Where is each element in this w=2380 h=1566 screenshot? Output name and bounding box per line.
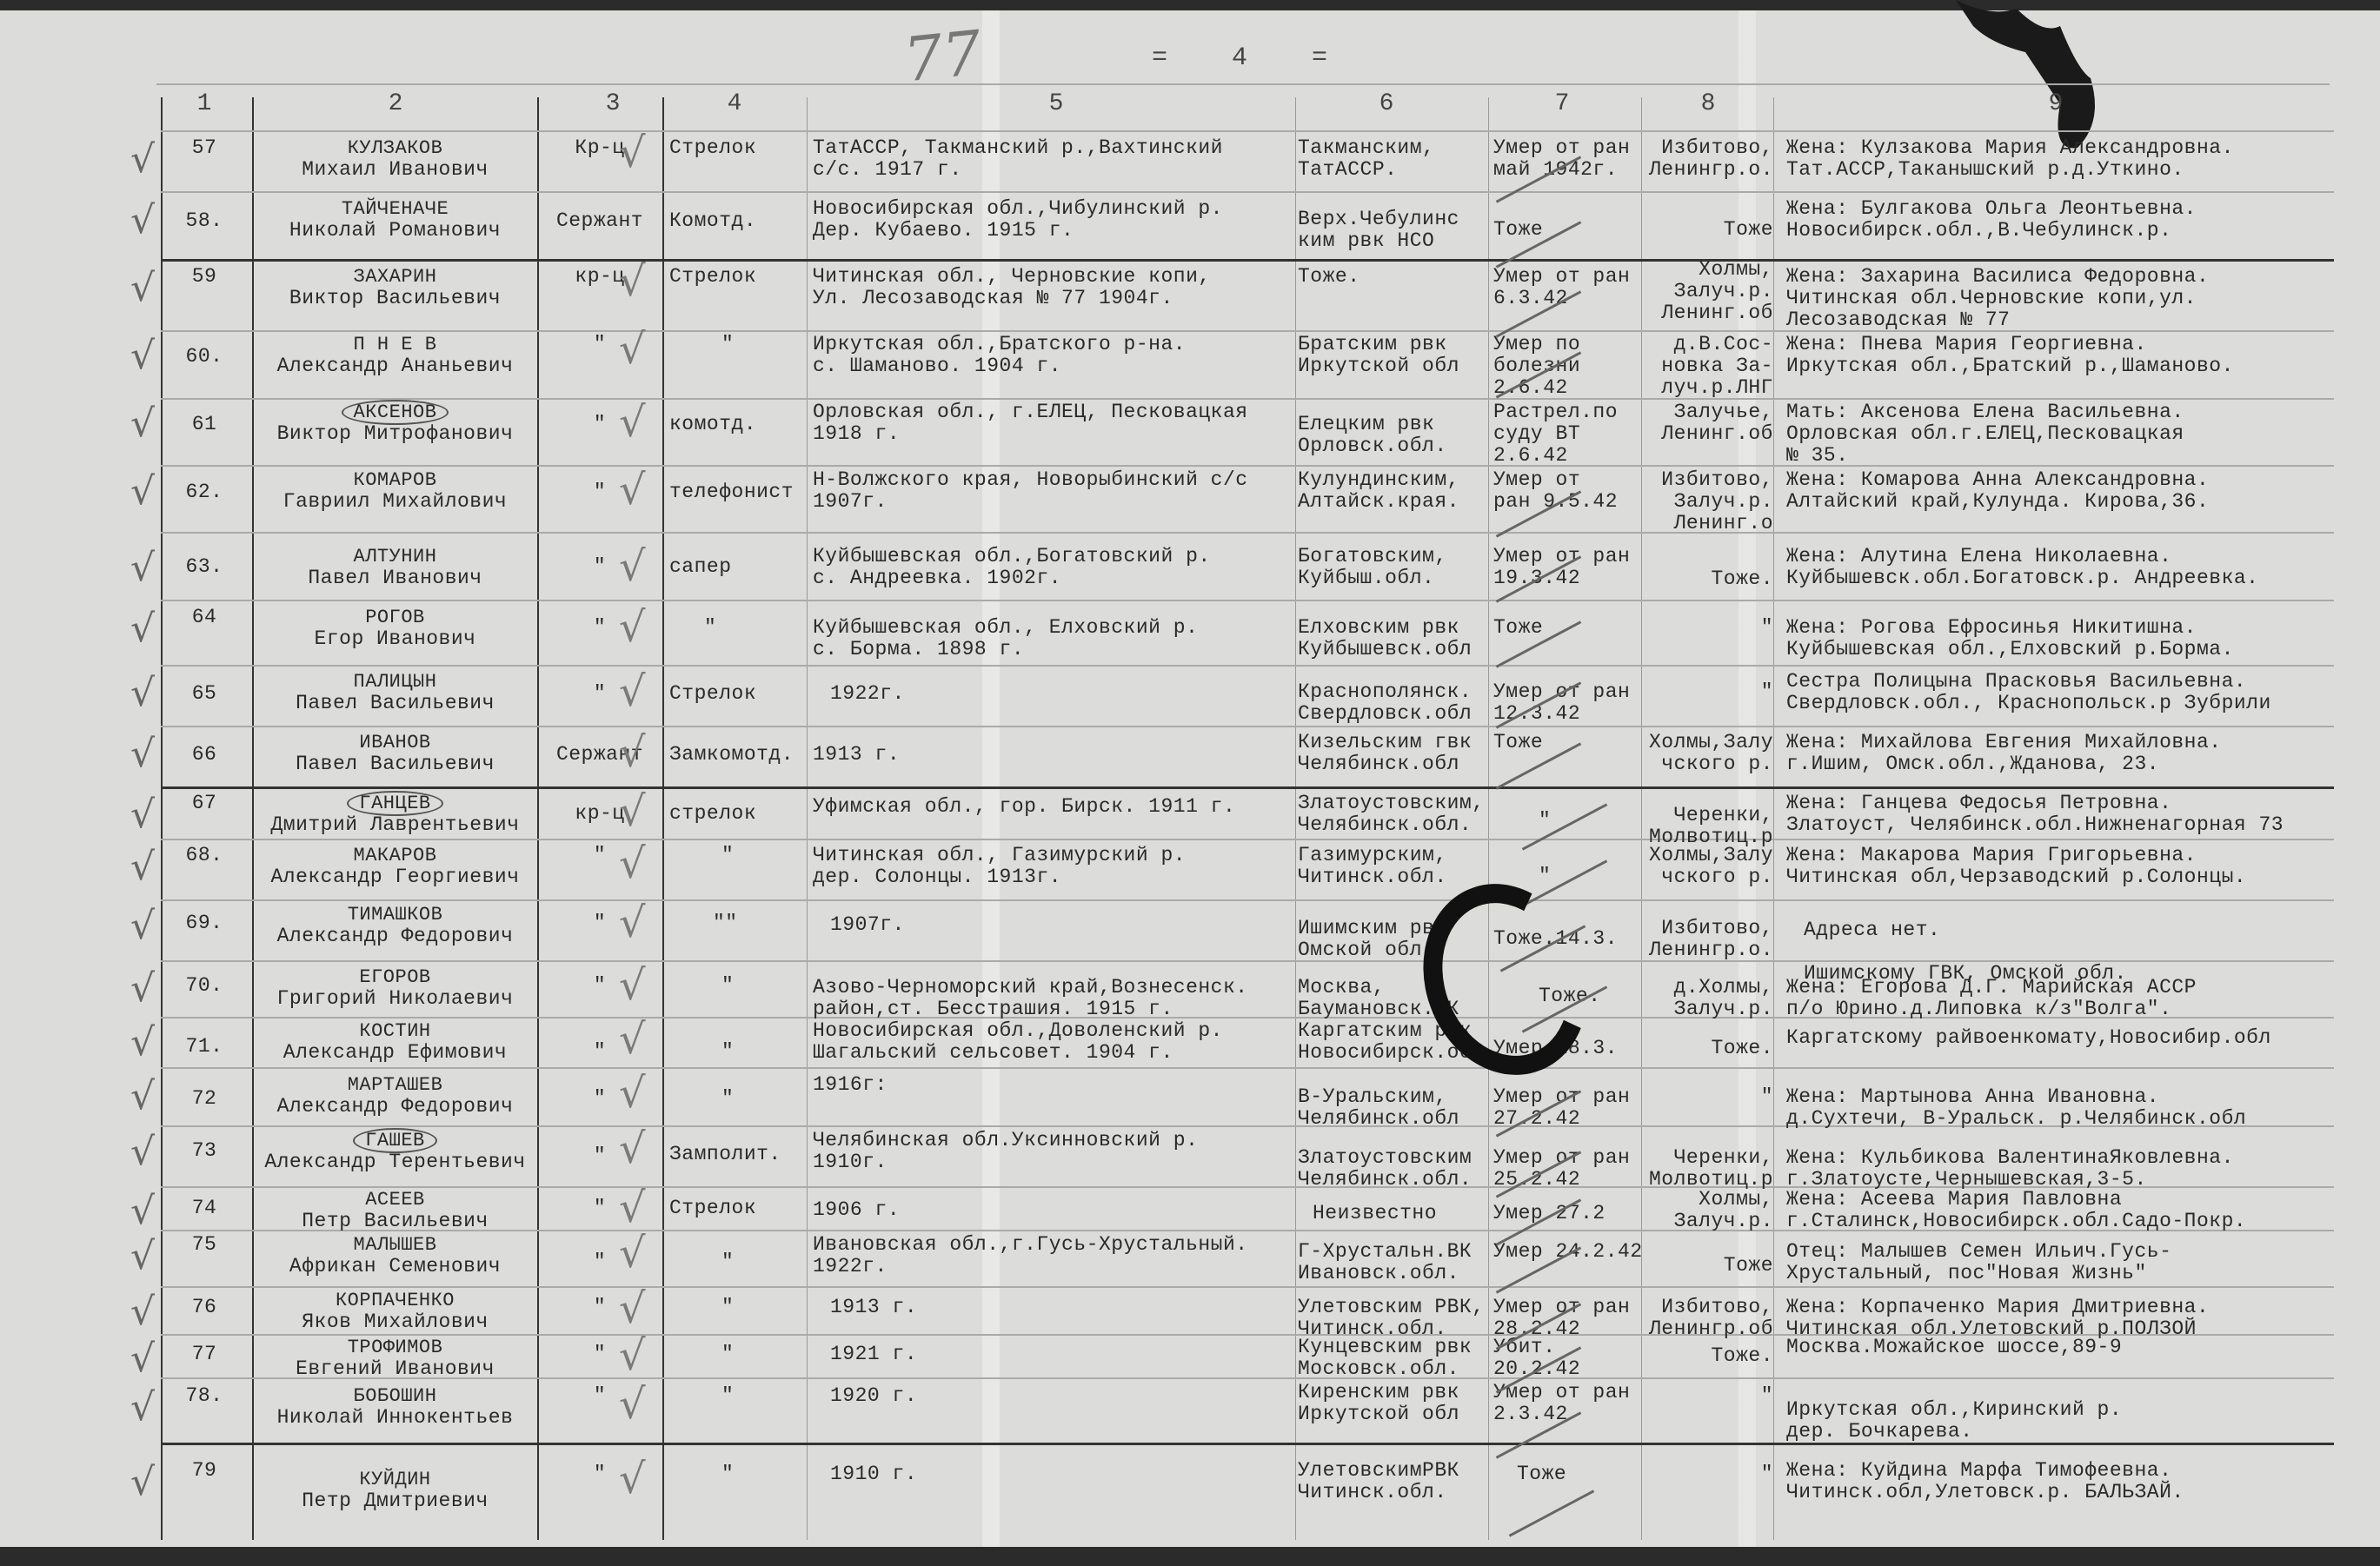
draft-office: В-Уральским, Челябинск.обл <box>1298 1086 1489 1130</box>
checkmark-icon: √ <box>619 899 646 947</box>
checkmark-icon: √ <box>130 607 155 651</box>
given-name: Григорий Николаевич <box>277 987 514 1010</box>
birthplace-year: Куйбышевская обл.,Богатовский р. с. Андр… <box>813 546 1291 589</box>
next-of-kin: Жена: Егорова Д.Г. Марийская АССР п/о Юр… <box>1786 977 2343 1020</box>
row-number: 68. <box>170 845 239 866</box>
full-name: МАРТАШЕВАлександр Федорович <box>254 1074 536 1118</box>
birthplace-year: Челябинская обл.Уксинновский р. 1910г. <box>813 1130 1291 1173</box>
surname: ИВАНОВ <box>254 732 536 753</box>
row-divider <box>161 191 2334 193</box>
burial-place: " <box>1643 681 1773 703</box>
surname: ГАШЕВ <box>353 1128 437 1153</box>
position: телефонист <box>669 481 808 503</box>
draft-office: УлетовскимРВК Читинск.обл. <box>1298 1460 1489 1503</box>
row-number: 62. <box>170 481 239 503</box>
burial-place: Холмы,Залу чского р. <box>1643 732 1773 775</box>
checkmark-icon: √ <box>619 1331 646 1380</box>
checkmark-icon: √ <box>130 966 155 1011</box>
checkmark-icon: √ <box>619 542 646 591</box>
given-name: Африкан Семенович <box>289 1255 501 1277</box>
surname: АКСЕНОВ <box>342 400 449 425</box>
row-divider <box>161 899 2334 901</box>
row-number: 70. <box>170 975 239 997</box>
full-name: КУЛЗАКОВМихаил Иванович <box>254 137 536 181</box>
burial-place: Холмы, Залуч.р. <box>1643 1189 1773 1232</box>
checkmark-icon: √ <box>130 671 155 715</box>
draft-office: Такманским, ТатАССР. <box>1298 137 1489 181</box>
row-number: 67 <box>170 793 239 814</box>
row-number: 69. <box>170 912 239 934</box>
row-number: 65 <box>170 683 239 705</box>
row-divider <box>161 665 2334 667</box>
checkmark-icon: √ <box>130 469 155 514</box>
given-name: Александр Федорович <box>277 925 514 947</box>
surname: КОСТИН <box>254 1020 536 1042</box>
birthplace-year: Читинская обл., Черновские копи, Ул. Лес… <box>813 266 1291 309</box>
checkmark-icon: √ <box>130 1460 155 1504</box>
surname: ГАНЦЕВ <box>347 791 442 816</box>
col-header-1: 1 <box>196 90 213 117</box>
surname: БОБОШИН <box>254 1385 536 1407</box>
draft-office: Елецким рвк Орловск.обл. <box>1298 414 1489 457</box>
row-number: 64 <box>170 607 239 628</box>
full-name: ЕГОРОВГригорий Николаевич <box>254 966 536 1010</box>
given-name: Виктор Васильевич <box>289 287 501 309</box>
position: Стрелок <box>669 683 808 705</box>
given-name: Александр Ананьевич <box>277 355 514 377</box>
surname: ТАЙЧЕНАЧЕ <box>254 198 536 220</box>
checkmark-icon: √ <box>619 961 646 1010</box>
next-of-kin: Жена: Комарова Анна Александровна. Алтай… <box>1786 469 2343 513</box>
full-name: ГАНЦЕВДмитрий Лаврентьевич <box>254 793 536 836</box>
burial-place: Тоже <box>1643 219 1773 241</box>
surname: КУЙДИН <box>254 1469 536 1490</box>
draft-office: Тоже. <box>1298 266 1489 288</box>
next-of-kin: Иркутская обл.,Киринский р. дер. Бочкаре… <box>1786 1399 2343 1443</box>
full-name: ТРОФИМОВЕвгений Иванович <box>254 1337 536 1380</box>
draft-office: Богатовским, Куйбыш.обл. <box>1298 546 1489 589</box>
burial-place: Избитово, Ленингр.о. <box>1643 137 1773 181</box>
row-number: 73 <box>170 1140 239 1162</box>
next-of-kin: Жена: Рогова Ефросинья Никитишна. Куйбыш… <box>1786 617 2343 660</box>
checkmark-icon: √ <box>619 325 646 374</box>
surname-wrap: АКСЕНОВ <box>254 401 536 423</box>
checkmark-icon: √ <box>619 1284 646 1333</box>
checkmark-icon: √ <box>130 1385 155 1430</box>
next-of-kin: Жена: Макарова Мария Григорьевна. Читинс… <box>1786 845 2343 888</box>
row-divider <box>161 532 2334 534</box>
birthplace-year: 1916г: <box>813 1074 1291 1096</box>
burial-place: Черенки, Молвотиц.р <box>1643 1147 1773 1191</box>
next-of-kin: Сестра Полицына Прасковья Васильевна. Св… <box>1786 671 2343 714</box>
row-number: 57 <box>170 137 239 159</box>
row-divider <box>161 786 2334 789</box>
birthplace-year: ТатАССР, Такманский р.,Вахтинский с/с. 1… <box>813 137 1291 181</box>
checkmark-icon: √ <box>130 1130 155 1174</box>
draft-office: Верх.Чебулинс ким рвк НСО <box>1298 209 1489 252</box>
col-header-2: 2 <box>387 90 404 117</box>
birthplace-year: 1910 г. <box>830 1463 1308 1485</box>
full-name: РОГОВЕгор Иванович <box>254 607 536 650</box>
checkmark-icon: √ <box>130 1020 155 1065</box>
col-header-5: 5 <box>1047 90 1065 117</box>
surname: ТРОФИМОВ <box>254 1337 536 1358</box>
surname-wrap: ГАШЕВ <box>254 1130 536 1151</box>
row-divider <box>161 839 2334 840</box>
draft-office: Газимурским, Читинск.обл. <box>1298 845 1489 888</box>
draft-office: Братским рвк Иркутской обл <box>1298 334 1489 377</box>
burial-place: Тоже <box>1643 1255 1773 1277</box>
checkmark-icon: √ <box>619 839 646 888</box>
surname: КУЛЗАКОВ <box>254 137 536 159</box>
next-of-kin: Жена: Захарина Василиса Федоровна. Читин… <box>1786 266 2343 331</box>
row-divider <box>161 398 2334 400</box>
given-name: Александр Ефимович <box>283 1041 507 1064</box>
surname: РОГОВ <box>254 607 536 628</box>
next-of-kin: Жена: Михайлова Евгения Михайловна. г.Иш… <box>1786 732 2343 775</box>
burial-place: Тоже. <box>1643 1345 1773 1367</box>
position: сапер <box>669 556 808 578</box>
checkmark-icon: √ <box>619 257 646 306</box>
checkmark-icon: √ <box>619 728 646 777</box>
row-number: 75 <box>170 1234 239 1256</box>
checkmark-icon: √ <box>130 793 155 837</box>
rank: Сержант <box>539 210 661 232</box>
position: Стрелок <box>669 266 808 288</box>
fate: Умер от ран 28.2.42 <box>1493 1297 1645 1340</box>
burial-place: " <box>1643 1086 1773 1108</box>
col-divider <box>161 97 163 1540</box>
checkmark-icon: √ <box>619 1455 646 1503</box>
surname: МАКАРОВ <box>254 845 536 866</box>
checkmark-icon: √ <box>130 1234 155 1278</box>
birthplace-year: Новосибирская обл.,Чибулинский р. Дер. К… <box>813 198 1291 242</box>
row-number: 78. <box>170 1385 239 1407</box>
birthplace-year: Орловская обл., г.ЕЛЕЦ, Песковацкая 1918… <box>813 401 1291 445</box>
full-name: МАЛЫШЕВАфрикан Семенович <box>254 1234 536 1277</box>
full-name: ТАЙЧЕНАЧЕНиколай Романович <box>254 198 536 242</box>
birthplace-year: 1920 г. <box>830 1385 1308 1407</box>
draft-office: Кулундинским, Алтайск.края. <box>1298 469 1489 513</box>
fate: Умер по болезни 2.6.42 <box>1493 334 1645 399</box>
col-header-7: 7 <box>1553 90 1571 117</box>
draft-office: Г-Хрустальн.ВК Ивановск.обл. <box>1298 1241 1489 1284</box>
next-of-kin: Адреса нет. Ишимскому ГВК, Омской обл. <box>1804 919 2360 985</box>
full-name: БОБОШИННиколай Иннокентьев <box>254 1385 536 1429</box>
row-divider <box>161 130 2334 132</box>
checkmark-icon: √ <box>619 1184 646 1232</box>
col-header-9: 9 <box>2047 90 2064 117</box>
given-name: Петр Дмитриевич <box>302 1490 489 1512</box>
birthplace-year: Н-Волжского края, Новорыбинский с/с 1907… <box>813 469 1291 513</box>
next-of-kin: Москва.Можайское шоссе,89-9 <box>1786 1337 2343 1358</box>
row-number: 72 <box>170 1088 239 1110</box>
surname: МАЛЫШЕВ <box>254 1234 536 1256</box>
draft-office: Елховским рвк Куйбышевск.обл <box>1298 617 1489 660</box>
draft-office: Кизельским гвк Челябинск.обл <box>1298 732 1489 775</box>
checkmark-icon: √ <box>619 1380 646 1429</box>
birthplace-year: Ивановская обл.,г.Гусь-Хрустальный. 1922… <box>813 1234 1291 1277</box>
row-number: 66 <box>170 744 239 766</box>
surname: МАРТАШЕВ <box>254 1074 536 1096</box>
birthplace-year: 1907г. <box>830 914 1308 936</box>
birthplace-year: 1921 г. <box>830 1344 1308 1365</box>
burial-place: д.Холмы, Залуч.р. <box>1643 977 1773 1020</box>
burial-place: Холмы,Залу чского р. <box>1643 845 1773 888</box>
next-of-kin: Мать: Аксенова Елена Васильевна. Орловск… <box>1786 401 2343 467</box>
draft-office: Киренским рвк Иркутской обл <box>1298 1382 1489 1425</box>
col-divider <box>662 97 664 1540</box>
col-header-6: 6 <box>1378 90 1395 117</box>
given-name: Александр Федорович <box>277 1095 514 1118</box>
burial-place: Избитово, Ленингр.об <box>1643 1297 1773 1340</box>
surname: П Н Е В <box>254 334 536 355</box>
checkmark-icon: √ <box>130 1337 155 1381</box>
checkmark-icon: √ <box>130 1290 155 1334</box>
row-divider <box>161 259 2334 262</box>
draft-office: Кунцевским рвк Московск.обл. <box>1298 1337 1489 1380</box>
checkmark-icon: √ <box>619 129 646 177</box>
col-header-4: 4 <box>726 90 743 117</box>
fate: Умер от ран 9.5.42 <box>1493 469 1645 513</box>
checkmark-icon: √ <box>619 787 646 836</box>
surname: ПАЛИЦЫН <box>254 671 536 693</box>
given-name: Павел Иванович <box>308 567 482 589</box>
position: Замполит. <box>669 1144 808 1165</box>
surname: АСЕЕВ <box>254 1189 536 1211</box>
burial-place: Холмы, Залуч.р. Ленинг.об <box>1643 259 1773 324</box>
fate: Тоже <box>1493 219 1645 241</box>
position: Стрелок <box>669 137 808 159</box>
checkmark-icon: √ <box>130 1074 155 1118</box>
given-name: Михаил Иванович <box>302 158 489 181</box>
checkmark-icon: √ <box>619 1015 646 1064</box>
surname: КОМАРОВ <box>254 469 536 491</box>
full-name: П Н Е ВАлександр Ананьевич <box>254 334 536 377</box>
fate: Умер от ран 6.3.42 <box>1493 266 1645 309</box>
burial-place: " <box>1643 617 1773 639</box>
birthplace-year: Азово-Черноморский край,Вознесенск. райо… <box>813 977 1291 1020</box>
checkmark-icon: √ <box>619 1229 646 1277</box>
full-name: МАКАРОВАлександр Георгиевич <box>254 845 536 888</box>
birthplace-year: Читинская обл., Газимурский р. дер. Соло… <box>813 845 1291 888</box>
checkmark-icon: √ <box>130 137 155 182</box>
draft-office: Краснополянск. Свердловск.обл <box>1298 681 1489 725</box>
birthplace-year: 1906 г. <box>813 1199 1291 1221</box>
position: стрелок <box>669 803 808 825</box>
burial-place: " <box>1643 1463 1773 1485</box>
birthplace-year: Куйбышевская обл., Елховский р. с. Борма… <box>813 617 1291 660</box>
burial-place: Избитово, Ленингр.о. <box>1643 918 1773 961</box>
checkmark-icon: √ <box>619 1125 646 1173</box>
full-name: АЛТУНИНПавел Иванович <box>254 546 536 589</box>
surname: ТИМАШКОВ <box>254 904 536 926</box>
next-of-kin: Каргатскому райвоенкомату,Новосибир.обл <box>1786 1027 2343 1049</box>
checkmark-icon: √ <box>130 1189 155 1233</box>
row-number: 79 <box>170 1460 239 1482</box>
next-of-kin: Жена: Алутина Елена Николаевна. Куйбышев… <box>1786 546 2343 589</box>
birthplace-year: 1913 г. <box>830 1297 1308 1318</box>
draft-office: Улетовским РВК, Читинск.обл. <box>1298 1297 1489 1340</box>
birthplace-year: Уфимская обл., гор. Бирск. 1911 г. <box>813 796 1291 818</box>
burial-place: д.В.Сос- новка За- луч.р.ЛНГ <box>1643 334 1773 399</box>
position: Стрелок <box>669 1198 808 1219</box>
fate: Убит. 20.2.42 <box>1493 1337 1645 1380</box>
next-of-kin: Жена: Мартынова Анна Ивановна. д.Сухтечи… <box>1786 1086 2343 1130</box>
full-name: ПАЛИЦЫНПавел Васильевич <box>254 671 536 714</box>
row-number: 60. <box>170 346 239 368</box>
row-number: 63. <box>170 556 239 578</box>
full-name: АКСЕНОВВиктор Митрофанович <box>254 401 536 445</box>
row-divider <box>161 1067 2334 1069</box>
next-of-kin: Жена: Ганцева Федосья Петровна. Златоуст… <box>1786 793 2343 836</box>
fate: Умер от ран 19.3.42 <box>1493 546 1645 589</box>
full-name: ГАШЕВАлександр Терентьевич <box>254 1130 536 1173</box>
row-number: 58. <box>170 210 239 232</box>
checkmark-icon: √ <box>130 732 155 776</box>
checkmark-icon: √ <box>130 546 155 590</box>
next-of-kin: Жена: Кульбикова ВалентинаЯковлевна. г.З… <box>1786 1147 2343 1191</box>
col-divider <box>1773 97 1774 1540</box>
next-of-kin: Жена: Куйдина Марфа Тимофеевна. Читинск.… <box>1786 1460 2343 1503</box>
given-name: Александр Терентьевич <box>264 1151 525 1173</box>
full-name: ЗАХАРИНВиктор Васильевич <box>254 266 536 309</box>
col-header-3: 3 <box>604 90 622 117</box>
row-number: 61 <box>170 414 239 435</box>
given-name: Яков Михайлович <box>302 1311 489 1333</box>
burial-place: Избитово, Залуч.р. Ленинг.о <box>1643 469 1773 534</box>
checkmark-icon: √ <box>130 198 155 242</box>
surname: АЛТУНИН <box>254 546 536 567</box>
next-of-kin: Жена: Асеева Мария Павловна г.Сталинск,Н… <box>1786 1189 2343 1232</box>
full-name: КОСТИНАлександр Ефимович <box>254 1020 536 1064</box>
given-name: Евгений Иванович <box>296 1357 495 1380</box>
next-of-kin: Жена: Кулзакова Мария Александровна. Тат… <box>1786 137 2343 181</box>
given-name: Гавриил Михайлович <box>283 490 507 513</box>
full-name: КУЙДИНПетр Дмитриевич <box>254 1469 536 1512</box>
row-divider <box>156 83 2330 85</box>
row-number: 59 <box>170 266 239 288</box>
checkmark-icon: √ <box>130 401 155 446</box>
next-of-kin: Жена: Булгакова Ольга Леонтьевна. Новоси… <box>1786 198 2343 242</box>
burial-place: Тоже. <box>1643 568 1773 590</box>
checkmark-icon: √ <box>619 466 646 514</box>
checkmark-icon: √ <box>619 603 646 652</box>
row-divider <box>161 1443 2334 1445</box>
position: Комотд. <box>669 210 808 232</box>
full-name: КОРПАЧЕНКОЯков Михайлович <box>254 1290 536 1333</box>
row-number: 77 <box>170 1344 239 1365</box>
row-number: 76 <box>170 1297 239 1318</box>
row-number: 74 <box>170 1198 239 1219</box>
next-of-kin: Жена: Корпаченко Мария Дмитриевна. Читин… <box>1786 1297 2343 1340</box>
draft-office: Златоустовским, Челябинск.обл. <box>1298 793 1489 836</box>
birthplace-year: 1913 г. <box>813 744 1291 766</box>
given-name: Павел Васильевич <box>296 753 495 775</box>
given-name: Николай Иннокентьев <box>277 1406 514 1429</box>
row-divider <box>161 726 2334 727</box>
birthplace-year: Новосибирская обл.,Доволенский р. Шагаль… <box>813 1020 1291 1064</box>
checkmark-icon: √ <box>619 398 646 447</box>
full-name: АСЕЕВПетр Васильевич <box>254 1189 536 1232</box>
draft-office: Златоустовским Челябинск.обл. <box>1298 1147 1489 1191</box>
next-of-kin: Жена: Пнева Мария Георгиевна. Иркутская … <box>1786 334 2343 377</box>
burial-place: Залучье, Ленинг.об <box>1643 401 1773 445</box>
full-name: ИВАНОВПавел Васильевич <box>254 732 536 775</box>
given-name: Егор Иванович <box>315 627 476 650</box>
checkmark-icon: √ <box>130 334 155 378</box>
surname-wrap: ГАНЦЕВ <box>254 793 536 814</box>
row-divider <box>161 1286 2334 1288</box>
next-of-kin: Отец: Малышев Семен Ильич.Гусь- Хрусталь… <box>1786 1241 2343 1284</box>
burial-place: Тоже. <box>1643 1038 1773 1059</box>
full-name: ТИМАШКОВАлександр Федорович <box>254 904 536 947</box>
position: Замкомотд. <box>669 744 808 766</box>
burial-place: " <box>1643 1385 1773 1407</box>
fate: Умер от ран май 1942г. <box>1493 137 1645 181</box>
position: комотд. <box>669 414 808 435</box>
checkmark-icon: √ <box>130 845 155 889</box>
given-name: Павел Васильевич <box>296 692 495 714</box>
draft-office: Неизвестно <box>1313 1203 1504 1224</box>
birthplace-year: Иркутская обл.,Братского р-на. с. Шамано… <box>813 334 1291 377</box>
checkmark-icon: √ <box>130 904 155 948</box>
checkmark-icon: √ <box>619 667 646 716</box>
fate: Растрел.по суду ВТ 2.6.42 <box>1493 401 1645 467</box>
checkmark-icon: √ <box>619 1069 646 1118</box>
row-divider <box>161 600 2334 601</box>
row-number: 71. <box>170 1036 239 1058</box>
surname: КОРПАЧЕНКО <box>254 1290 536 1311</box>
burial-place: Черенки, Молвотиц.р <box>1643 805 1773 848</box>
given-name: Николай Романович <box>289 219 501 242</box>
surname: ЕГОРОВ <box>254 966 536 988</box>
col-header-8: 8 <box>1699 90 1717 117</box>
birthplace-year: 1922г. <box>830 683 1308 705</box>
full-name: КОМАРОВГавриил Михайлович <box>254 469 536 513</box>
given-name: Дмитрий Лаврентьевич <box>270 813 519 836</box>
given-name: Петр Васильевич <box>302 1210 489 1232</box>
surname: ЗАХАРИН <box>254 266 536 288</box>
checkmark-icon: √ <box>130 266 155 310</box>
given-name: Александр Георгиевич <box>270 866 519 888</box>
given-name: Виктор Митрофанович <box>277 422 514 445</box>
col-divider <box>1295 97 1296 1540</box>
